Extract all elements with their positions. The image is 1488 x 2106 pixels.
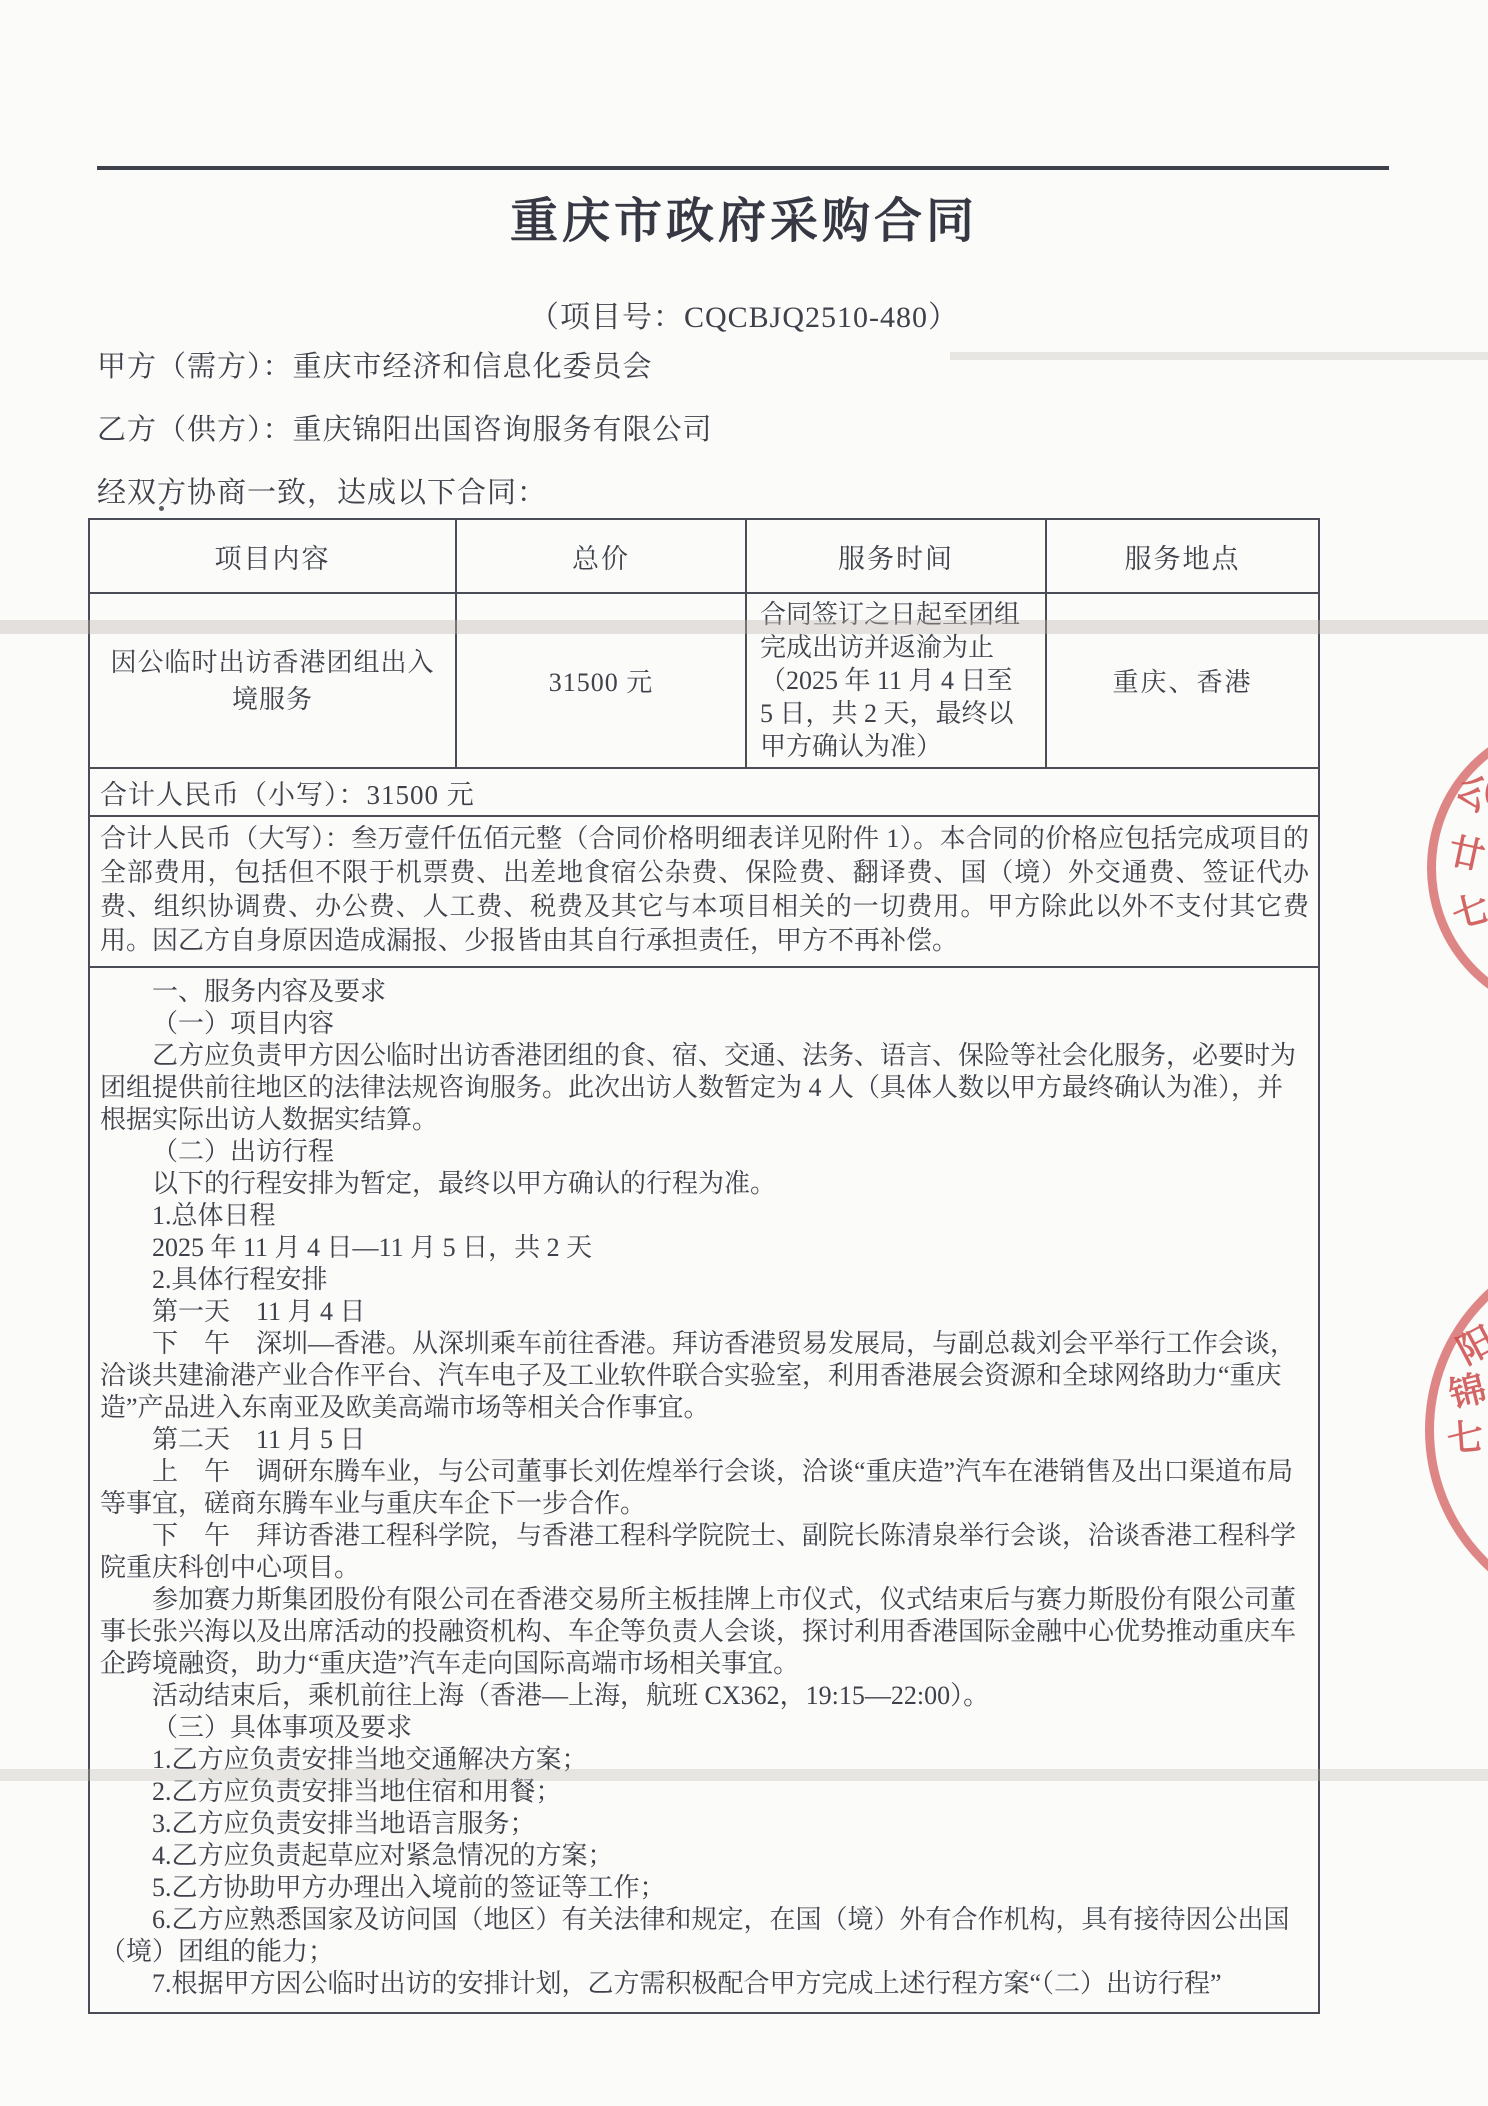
service-content-cell: 一、服务内容及要求 （一）项目内容 乙方应负责甲方因公临时出访香港团组的食、宿、… — [89, 967, 1319, 2013]
stamp-character: 七 — [1445, 1409, 1484, 1462]
page-title: 重庆市政府采购合同 — [0, 182, 1488, 251]
total-lowercase: 合计人民币（小写）：31500 元 — [89, 768, 1319, 816]
scanned-contract-page: 重庆市政府采购合同 （项目号：CQCBJQ2510-480） 甲方（需方）：重庆… — [0, 0, 1488, 2106]
cell-total-price: 31500 元 — [456, 593, 746, 768]
agreement-line: 经双方协商一致，达成以下合同： — [97, 470, 547, 511]
content-list-item: 2.乙方应负责安排当地住宿和用餐； — [100, 1776, 1308, 1808]
cell-item-content: 因公临时出访香港团组出入境服务 — [89, 593, 456, 768]
table-header-row: 项目内容 总价 服务时间 服务地点 — [89, 519, 1319, 593]
party-b-line: 乙方（供方）：重庆锦阳出国咨询服务有限公司 — [97, 407, 713, 448]
col-header-location: 服务地点 — [1046, 519, 1319, 593]
service-content-row: 一、服务内容及要求 （一）项目内容 乙方应负责甲方因公临时出访香港团组的食、宿、… — [89, 967, 1319, 2013]
scan-artifact-band — [950, 352, 1488, 360]
content-subheading: 2.具体行程安排 — [100, 1264, 1308, 1296]
content-paragraph: 活动结束后，乘机前往上海（香港—上海，航班 CX362，19:15—22:00）… — [100, 1680, 1308, 1712]
col-header-time: 服务时间 — [746, 519, 1046, 593]
content-paragraph: 2025 年 11 月 4 日—11 月 5 日，共 2 天 — [100, 1232, 1308, 1264]
table-row: 因公临时出访香港团组出入境服务 31500 元 合同签订之日起至团组完成出访并返… — [89, 593, 1319, 768]
col-header-item: 项目内容 — [89, 519, 456, 593]
content-day-label: 第一天 11 月 4 日 — [100, 1296, 1308, 1328]
content-paragraph: 乙方应负责甲方因公临时出访香港团组的食、宿、交通、法务、语言、保险等社会化服务，… — [100, 1040, 1308, 1136]
total-lowercase-row: 合计人民币（小写）：31500 元 — [89, 768, 1319, 816]
content-paragraph: 上 午 调研东腾车业，与公司董事长刘佐煌举行会谈，洽谈“重庆造”汽车在港销售及出… — [100, 1456, 1308, 1520]
scan-artifact-dot — [159, 506, 164, 511]
content-list-item: 5.乙方协助甲方办理出入境前的签证等工作； — [100, 1872, 1308, 1904]
content-heading-1-3: （三）具体事项及要求 — [100, 1712, 1308, 1744]
cell-service-time: 合同签订之日起至团组完成出访并返渝为止（2025 年 11 月 4 日至 5 日… — [746, 593, 1046, 768]
cell-service-location: 重庆、香港 — [1046, 593, 1319, 768]
total-uppercase: 合计人民币（大写）：叁万壹仟伍佰元整（合同价格明细表详见附件 1）。本合同的价格… — [89, 816, 1319, 967]
content-list-item: 6.乙方应熟悉国家及访问国（地区）有关法律和规定，在国（境）外有合作机构，具有接… — [100, 1904, 1308, 1968]
party-a-line: 甲方（需方）：重庆市经济和信息化委员会 — [97, 344, 653, 385]
content-paragraph: 参加赛力斯集团股份有限公司在香港交易所主板挂牌上市仪式，仪式结束后与赛力斯股份有… — [100, 1584, 1308, 1680]
content-list-item: 3.乙方应负责安排当地语言服务； — [100, 1808, 1308, 1840]
content-heading-1: 一、服务内容及要求 — [100, 976, 1308, 1008]
content-list-item: 7.根据甲方因公临时出访的安排计划，乙方需积极配合甲方完成上述行程方案“（二）出… — [100, 1968, 1308, 2000]
content-paragraph: 下 午 深圳—香港。从深圳乘车前往香港。拜访香港贸易发展局，与副总裁刘会平举行工… — [100, 1328, 1308, 1424]
contract-table: 项目内容 总价 服务时间 服务地点 因公临时出访香港团组出入境服务 31500 … — [88, 518, 1320, 2014]
project-number: （项目号：CQCBJQ2510-480） — [0, 292, 1488, 336]
content-list-item: 1.乙方应负责安排当地交通解决方案； — [100, 1744, 1308, 1776]
content-heading-1-1: （一）项目内容 — [100, 1008, 1308, 1040]
col-header-price: 总价 — [456, 519, 746, 593]
content-paragraph: 下 午 拜访香港工程科学院，与香港工程科学院院士、副院长陈清泉举行会谈，洽谈香港… — [100, 1520, 1308, 1584]
content-heading-1-2: （二）出访行程 — [100, 1136, 1308, 1168]
content-day-label: 第二天 11 月 5 日 — [100, 1424, 1308, 1456]
content-subheading: 1.总体日程 — [100, 1200, 1308, 1232]
total-uppercase-row: 合计人民币（大写）：叁万壹仟伍佰元整（合同价格明细表详见附件 1）。本合同的价格… — [89, 816, 1319, 967]
content-paragraph: 以下的行程安排为暂定，最终以甲方确认的行程为准。 — [100, 1168, 1308, 1200]
title-divider-line — [97, 166, 1389, 170]
content-list-item: 4.乙方应负责起草应对紧急情况的方案； — [100, 1840, 1308, 1872]
